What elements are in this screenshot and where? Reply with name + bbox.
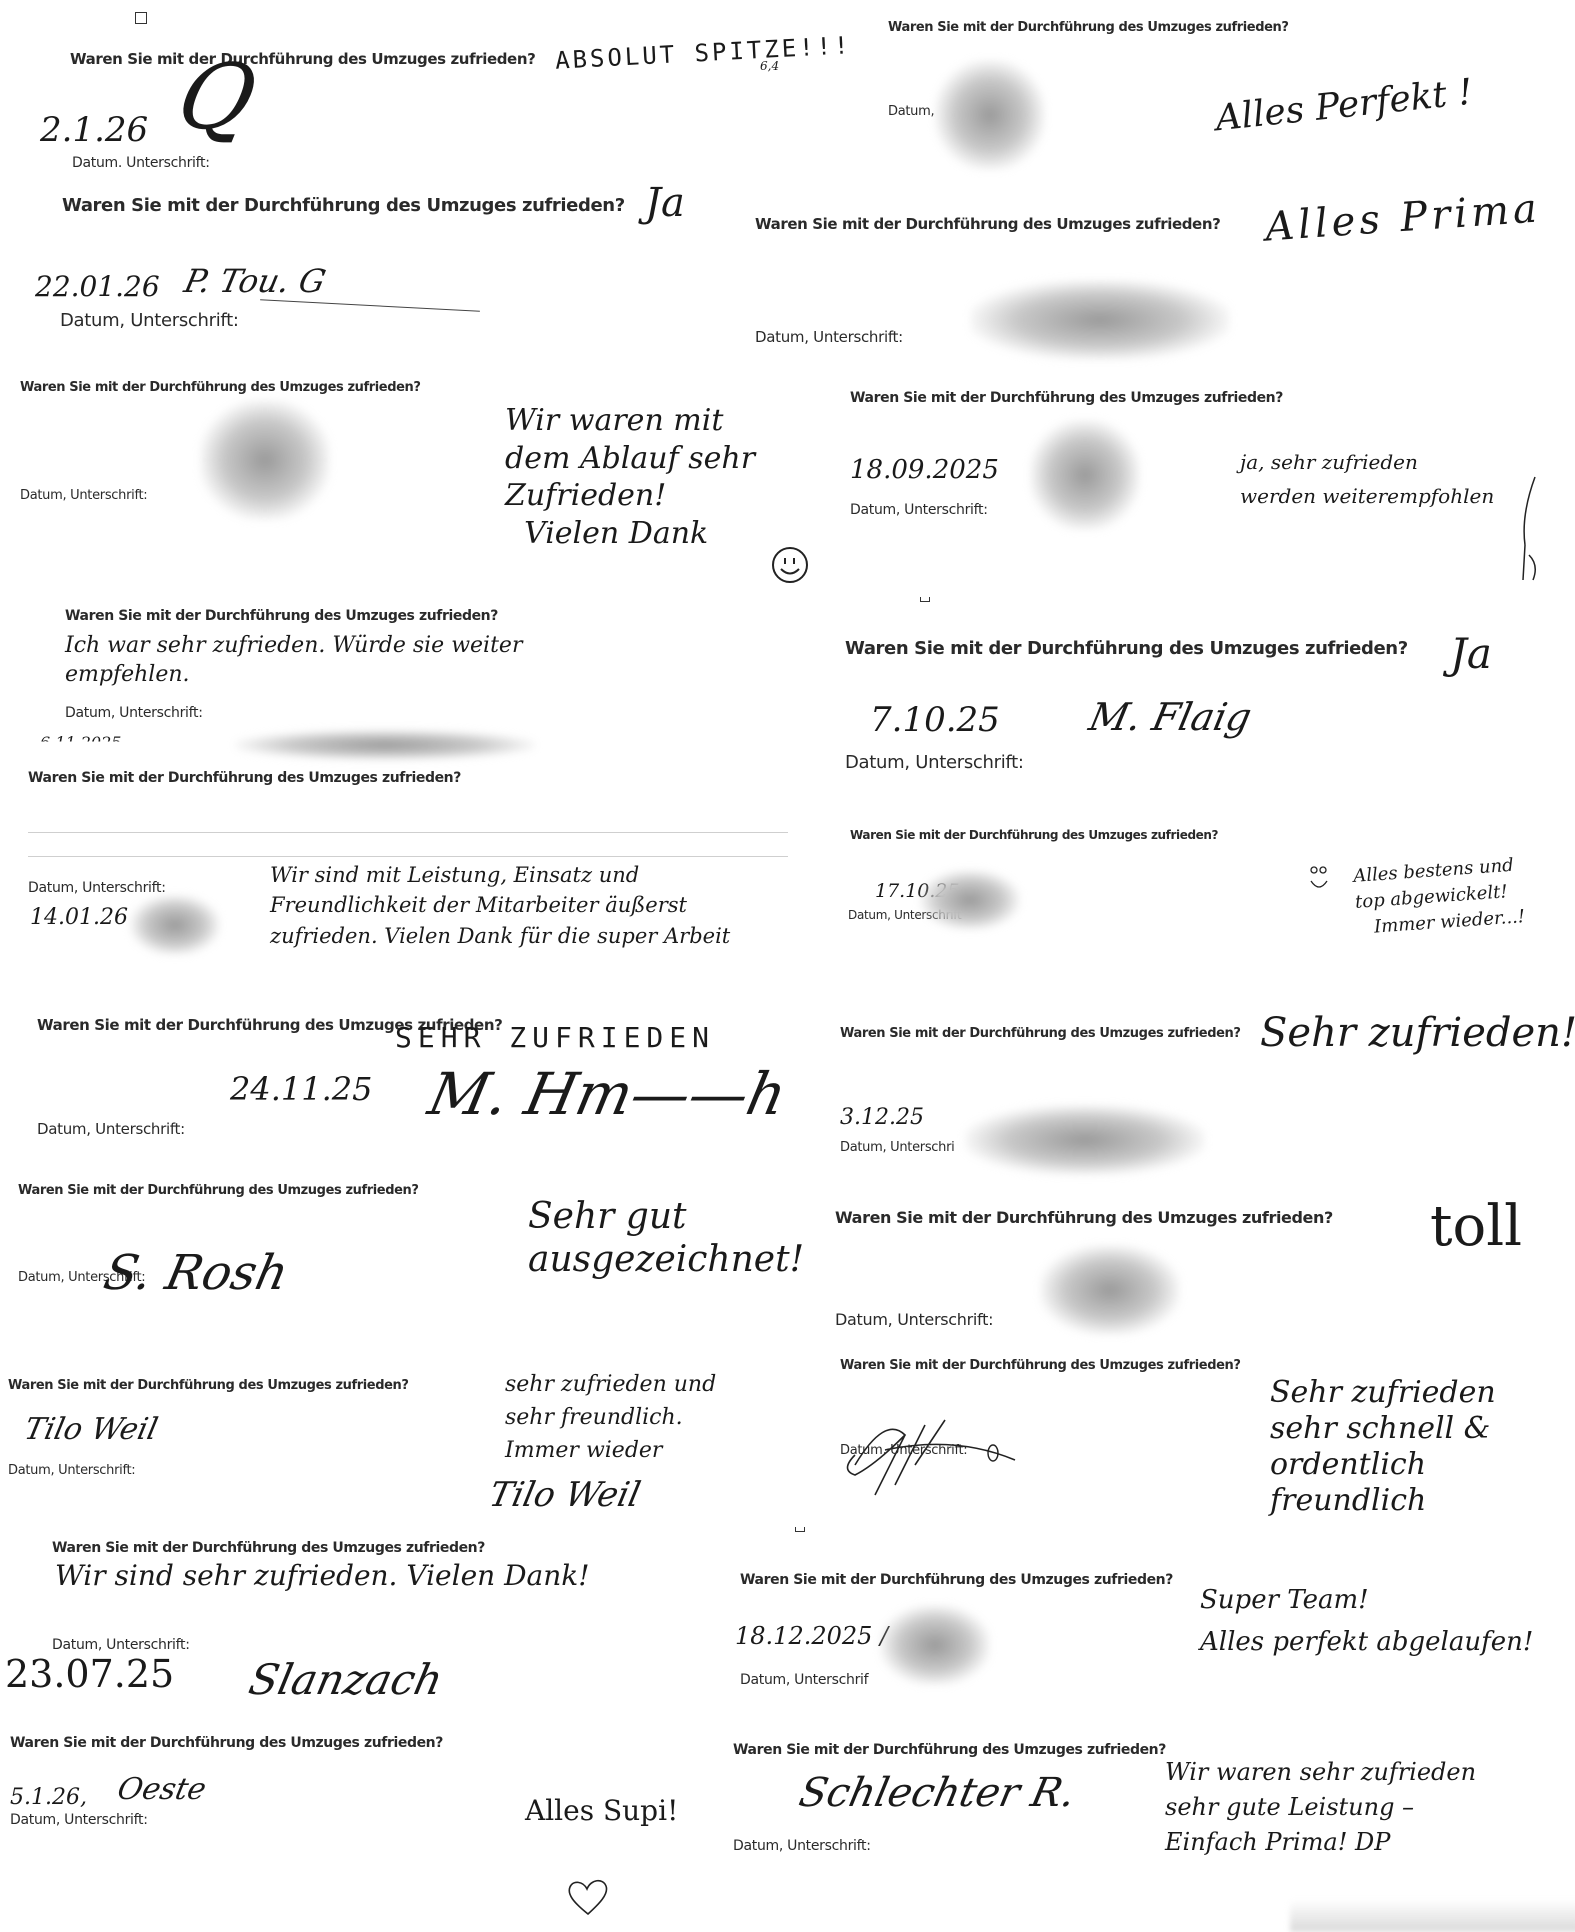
handwritten-response: Alles Prima: [1264, 185, 1543, 250]
signature: P. Tou. G: [181, 262, 329, 300]
question-label: Waren Sie mit der Durchführung des Umzug…: [20, 380, 421, 395]
signature: Slanzach: [245, 1655, 447, 1704]
handwritten-note: 6,4: [760, 60, 779, 74]
question-label: Waren Sie mit der Durchführung des Umzug…: [65, 608, 498, 624]
date-signature-label: Datum, Unterschrift:: [37, 1120, 185, 1138]
date-signature-label: Datum, Unterschrift:: [755, 328, 903, 346]
date-signature-label: Datum, Unterschrift:: [840, 1443, 967, 1458]
question-label: Waren Sie mit der Durchführung des Umzug…: [733, 1742, 1166, 1758]
question-label: Waren Sie mit der Durchführung des Umzug…: [850, 828, 1218, 842]
signature: S. Rosh: [99, 1245, 293, 1301]
handwritten-date: 18.12.2025 /: [735, 1622, 888, 1650]
blurred-signature: [920, 870, 1020, 930]
checkbox-icon: [135, 12, 147, 24]
question-label: Waren Sie mit der Durchführung des Umzug…: [755, 215, 1220, 233]
date-signature-label: Datum, Unterschri: [840, 1140, 954, 1155]
signature-stroke: [260, 299, 480, 312]
signature: Oeste: [114, 1772, 209, 1807]
handwritten-date: 14.01.26: [30, 905, 128, 930]
date-signature-label: Datum, Unterschrift:: [60, 310, 239, 331]
handwritten-date: 6.11.2025: [40, 733, 121, 752]
handwritten-response: Alles bestens und top abgewickelt! Immer…: [1352, 852, 1525, 942]
question-label: Waren Sie mit der Durchführung des Umzug…: [28, 770, 461, 786]
date-signature-label: Datum, Unterschrift:: [835, 1310, 993, 1329]
smiley-icon: [770, 545, 810, 585]
handwritten-date: 2.1.26: [40, 110, 148, 150]
blurred-signature: [935, 60, 1045, 170]
date-signature-label: Datum, Unterschrift:: [845, 752, 1024, 773]
handwritten-response: Wir waren sehr zufrieden sehr gute Leist…: [1165, 1755, 1476, 1859]
question-label: Waren Sie mit der Durchführung des Umzug…: [62, 195, 625, 216]
handwritten-response: ABSOLUT SPITZE!!!: [554, 32, 852, 75]
signature-repeat: Tilo Weil: [486, 1475, 644, 1515]
question-label: Waren Sie mit der Durchführung des Umzug…: [845, 638, 1408, 659]
corner-mark-icon: [920, 597, 930, 602]
question-label: Waren Sie mit der Durchführung des Umzug…: [850, 390, 1283, 406]
handwritten-response: Sehr gut ausgezeichnet!: [528, 1195, 804, 1281]
handwritten-response: Super Team! Alles perfekt abgelaufen!: [1200, 1580, 1533, 1663]
signature: M. Flaig: [1085, 695, 1255, 739]
date-signature-label: Datum, Unterschrift:: [65, 705, 203, 721]
date-signature-label: Datum, Unterschrift:: [52, 1637, 190, 1653]
handwritten-response: ja, sehr zufrieden werden weiterempfohle…: [1240, 445, 1494, 513]
handwritten-response: Sehr zufrieden sehr schnell & ordentlich…: [1270, 1375, 1496, 1519]
initials-stroke-icon: [1515, 475, 1545, 585]
handwritten-date: 3.12.25: [840, 1105, 924, 1130]
answer-line: [28, 856, 788, 857]
question-label: Waren Sie mit der Durchführung des Umzug…: [52, 1540, 485, 1556]
date-signature-label: Datum, Unterschrif: [740, 1672, 868, 1688]
blurred-signature: [965, 1105, 1205, 1175]
question-label: Waren Sie mit der Durchführung des Umzug…: [740, 1572, 1173, 1588]
date-signature-label: Datum, Unterschrift:: [20, 488, 147, 503]
date-signature-label: Datum, Unterschrift:: [8, 1463, 135, 1478]
question-label: Waren Sie mit der Durchführung des Umzug…: [840, 1358, 1241, 1373]
signature: Schlechter R.: [795, 1770, 1079, 1816]
date-signature-label: Datum. Unterschrift:: [72, 155, 210, 171]
blurred-signature: [200, 400, 330, 520]
date-signature-label: Datum,: [888, 104, 934, 119]
question-label: Waren Sie mit der Durchführung des Umzug…: [8, 1378, 409, 1393]
question-label: Waren Sie mit der Durchführung des Umzug…: [18, 1183, 419, 1198]
date-signature-label: Datum, Unterschrift:: [28, 880, 166, 896]
date-signature-label: Datum, Unterschrift:: [10, 1812, 148, 1828]
date-signature-label: Datum, Unterschrift:: [850, 502, 988, 518]
handwritten-response: toll: [1430, 1195, 1522, 1259]
handwritten-date: 23.07.25: [5, 1652, 174, 1696]
handwritten-response: sehr zufrieden und sehr freundlich. Imme…: [505, 1368, 716, 1467]
handwritten-response: Ich war sehr zufrieden. Würde sie weiter…: [65, 632, 522, 689]
blurred-signature: [970, 280, 1230, 360]
handwritten-date: 22.01.26: [35, 270, 160, 303]
handwritten-response: Ja: [1450, 630, 1492, 678]
blurred-signature: [1030, 420, 1140, 530]
blurred-signature: [880, 1605, 990, 1685]
blurred-signature: [130, 895, 220, 955]
question-label: Waren Sie mit der Durchführung des Umzug…: [840, 1026, 1241, 1041]
question-label: Waren Sie mit der Durchführung des Umzug…: [70, 50, 535, 68]
handwritten-response: Wir sind mit Leistung, Einsatz und Freun…: [270, 860, 730, 951]
handwritten-response: SEHR ZUFRIEDEN: [395, 1022, 715, 1054]
date-signature-label: Datum, Unterschrift:: [733, 1838, 871, 1854]
question-label: Waren Sie mit der Durchführung des Umzug…: [888, 20, 1289, 35]
handwritten-response: Wir waren mit dem Ablauf sehr Zufrieden!…: [505, 402, 755, 552]
handwritten-response: Sehr zufrieden!: [1260, 1010, 1575, 1056]
scan-shadow: [1290, 1900, 1575, 1932]
corner-mark-icon: [795, 1527, 805, 1532]
question-label: Waren Sie mit der Durchführung des Umzug…: [10, 1735, 443, 1751]
handwritten-date: 5.1.26,: [10, 1785, 87, 1810]
heart-icon: [565, 1878, 611, 1918]
smiley-icon: [1308, 865, 1330, 895]
blurred-signature: [235, 730, 535, 760]
answer-line: [28, 832, 788, 833]
blurred-signature: [1040, 1245, 1180, 1335]
handwritten-date: 18.09.2025: [850, 455, 999, 485]
handwritten-date: 24.11.25: [230, 1070, 373, 1108]
signature: M. Hm——h: [423, 1060, 793, 1128]
handwritten-response: Ja: [645, 180, 685, 226]
handwritten-response: Alles Supi!: [525, 1795, 678, 1827]
handwritten-date: 7.10.25: [870, 700, 1000, 740]
handwritten-response: Alles Perfekt !: [1214, 72, 1475, 140]
signature: Tilo Weil: [21, 1412, 161, 1447]
question-label: Waren Sie mit der Durchführung des Umzug…: [835, 1208, 1333, 1227]
handwritten-response: Wir sind sehr zufrieden. Vielen Dank!: [55, 1560, 589, 1592]
